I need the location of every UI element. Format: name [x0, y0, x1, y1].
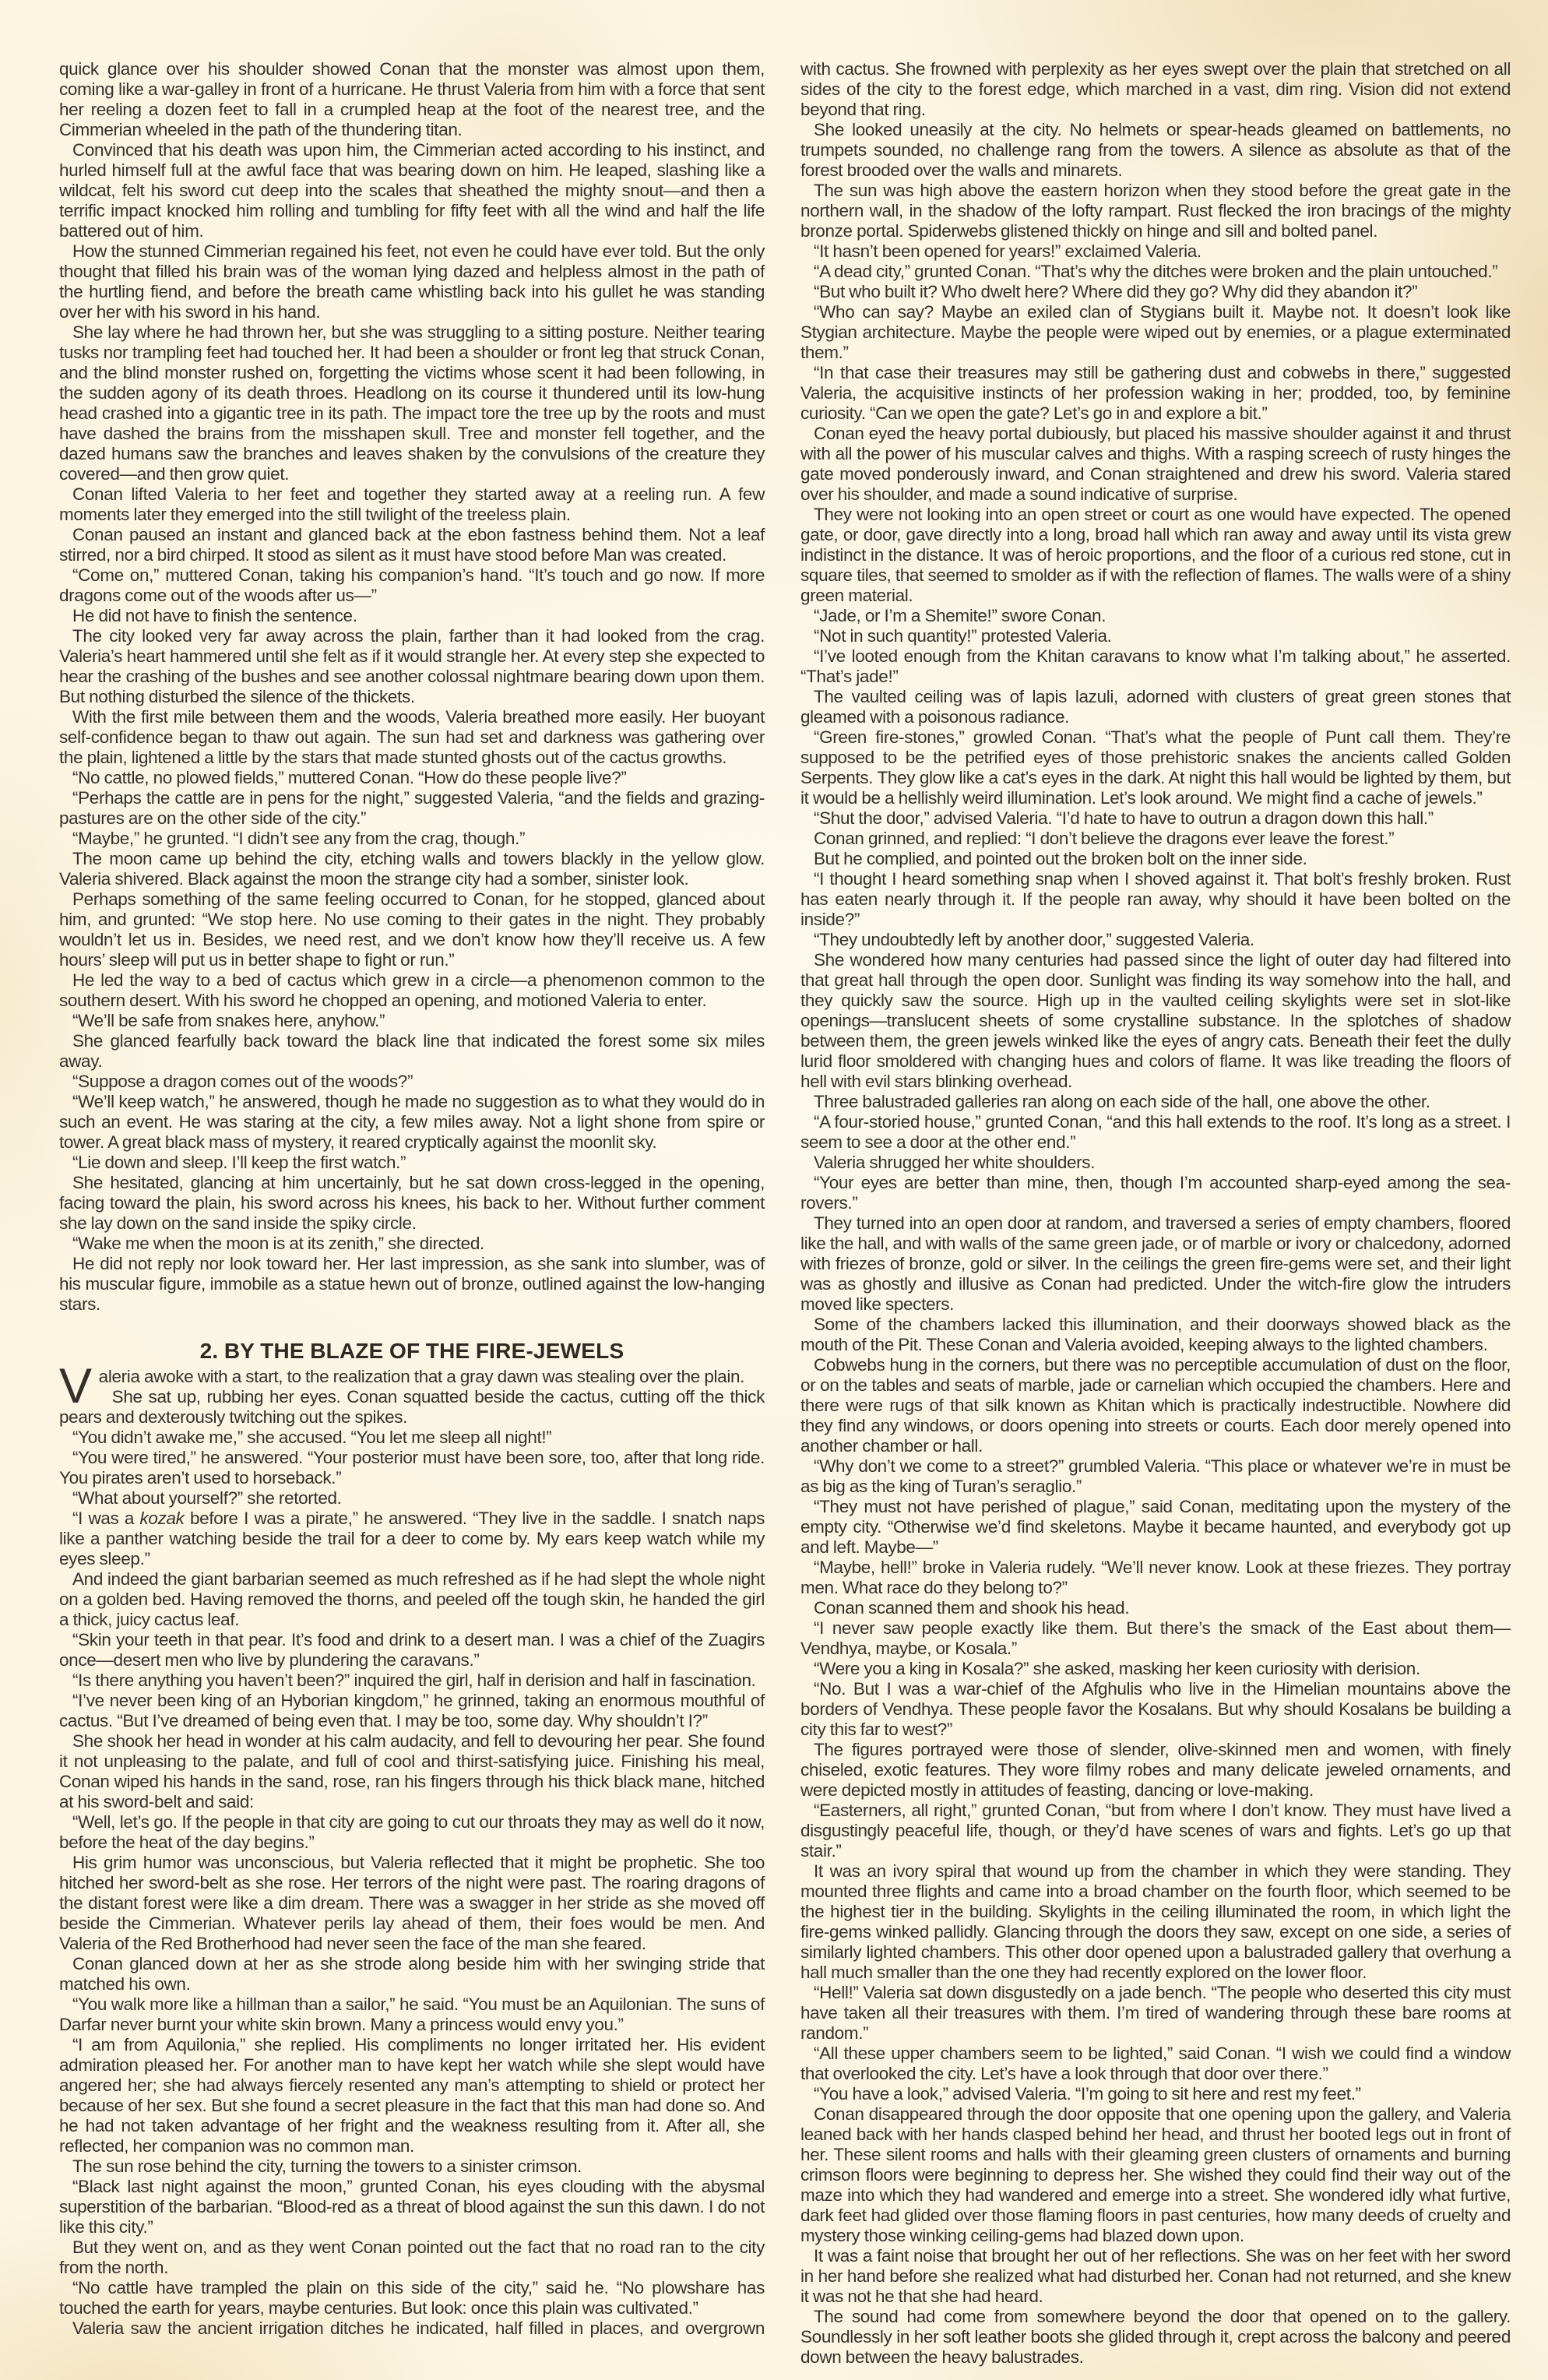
paragraph: It was an ivory spiral that wound up fro… — [800, 1861, 1511, 1983]
paragraph: with cactus. She frowned with perplexity… — [800, 59, 1511, 120]
paragraph: “Your eyes are better than mine, then, t… — [800, 1173, 1511, 1213]
paragraph: “Hell!” Valeria sat down disgustedly on … — [800, 1983, 1511, 2044]
paragraph: “Not in such quantity!” protested Valeri… — [800, 626, 1511, 646]
paragraph: But they went on, and as they went Conan… — [59, 2237, 765, 2278]
paragraph: Valeria saw the ancient irrigation ditch… — [59, 2318, 765, 2339]
paragraph: “Skin your teeth in that pear. It’s food… — [59, 1630, 765, 1671]
paragraph: “Wake me when the moon is at its zenith,… — [59, 1234, 765, 1254]
paragraph: “Why don’t we come to a street?” grumble… — [800, 1456, 1511, 1497]
paragraph: “Were you a king in Kosala?” she asked, … — [800, 1659, 1511, 1679]
paragraph: “You were tired,” he answered. “Your pos… — [59, 1448, 765, 1488]
paragraph: “Green fire-stones,” growled Conan. “Tha… — [800, 727, 1511, 808]
paragraph: It was a faint noise that brought her ou… — [800, 2246, 1511, 2307]
paragraph: She glanced fearfully back toward the bl… — [59, 1031, 765, 1072]
paragraph: “Easterners, all right,” grunted Conan, … — [800, 1801, 1511, 1861]
paragraph: Conan eyed the heavy portal dubiously, b… — [800, 424, 1511, 505]
paragraph: Three balustraded galleries ran along on… — [800, 1092, 1511, 1112]
paragraph: “I never saw people exactly like them. B… — [800, 1618, 1511, 1659]
paragraph: She shook her head in wonder at his calm… — [59, 1731, 765, 1812]
paragraph: Perhaps something of the same feeling oc… — [59, 889, 765, 970]
paragraph: “Maybe,” he grunted. “I didn’t see any f… — [59, 829, 765, 849]
paragraph: “No cattle, no plowed fields,” muttered … — [59, 768, 765, 788]
paragraph: “Jade, or I’m a Shemite!” swore Conan. — [800, 606, 1511, 626]
paragraph: But he complied, and pointed out the bro… — [800, 849, 1511, 869]
paragraph: “We’ll keep watch,” he answered, though … — [59, 1092, 765, 1153]
paragraph: He led the way to a bed of cactus which … — [59, 970, 765, 1011]
paragraph: “Maybe, hell!” broke in Valeria rudely. … — [800, 1558, 1511, 1598]
right-column: with cactus. She frowned with perplexity… — [800, 59, 1511, 2368]
paragraph: His grim humor was unconscious, but Vale… — [59, 1853, 765, 1954]
paragraph: “It hasn’t been opened for years!” excla… — [800, 241, 1511, 262]
paragraph: Convinced that his death was upon him, t… — [59, 140, 765, 241]
paragraph: The sun was high above the eastern horiz… — [800, 181, 1511, 241]
paragraph: “Is there anything you haven’t been?” in… — [59, 1671, 765, 1691]
paragraph: “I thought I heard something snap when I… — [800, 869, 1511, 930]
paragraph: “You walk more like a hillman than a sai… — [59, 1994, 765, 2035]
paragraph: She sat up, rubbing her eyes. Conan squa… — [59, 1387, 765, 1428]
paragraph: And indeed the giant barbarian seemed as… — [59, 1569, 765, 1630]
paragraph: “No cattle have trampled the plain on th… — [59, 2278, 765, 2318]
paragraph: They turned into an open door at random,… — [800, 1213, 1511, 1315]
paragraph: With the first mile between them and the… — [59, 707, 765, 768]
left-column: quick glance over his shoulder showed Co… — [59, 59, 765, 2339]
paragraph: “Perhaps the cattle are in pens for the … — [59, 788, 765, 829]
paragraph: “They undoubtedly left by another door,”… — [800, 930, 1511, 950]
paragraph: “I am from Aquilonia,” she replied. His … — [59, 2035, 765, 2156]
paragraph: “What about yourself?” she retorted. — [59, 1488, 765, 1509]
section-heading: 2. BY THE BLAZE OF THE FIRE-JEWELS — [59, 1341, 765, 1361]
paragraph: “Who can say? Maybe an exiled clan of St… — [800, 302, 1511, 363]
paragraph: “But who built it? Who dwelt here? Where… — [800, 282, 1511, 302]
drop-cap: V — [59, 1367, 99, 1405]
paragraph: Cobwebs hung in the corners, but there w… — [800, 1355, 1511, 1456]
paragraph: “Shut the door,” advised Valeria. “I’d h… — [800, 808, 1511, 829]
paragraph: He did not have to finish the sentence. — [59, 606, 765, 626]
paragraph: The vaulted ceiling was of lapis lazuli,… — [800, 687, 1511, 727]
paragraph: Conan disappeared through the door oppos… — [800, 2104, 1511, 2246]
paragraph: “Lie down and sleep. I’ll keep the first… — [59, 1153, 765, 1173]
paragraph: Conan glanced down at her as she strode … — [59, 1954, 765, 1994]
paragraph: “No. But I was a war-chief of the Afghul… — [800, 1679, 1511, 1740]
italic-term: kozak — [140, 1509, 185, 1528]
paragraph: “They must not have perished of plague,”… — [800, 1497, 1511, 1558]
paragraph: They were not looking into an open stree… — [800, 505, 1511, 606]
paragraph: “Come on,” muttered Conan, taking his co… — [59, 565, 765, 606]
paragraph: The city looked very far away across the… — [59, 626, 765, 707]
book-page: { "colors": { "paper": "#fbf5e2", "ink":… — [0, 0, 1548, 2380]
paragraph: The figures portrayed were those of slen… — [800, 1740, 1511, 1801]
paragraph: “You didn’t awake me,” she accused. “You… — [59, 1428, 765, 1448]
paragraph: Valeria shrugged her white shoulders. — [800, 1153, 1511, 1173]
paragraph: Valeria awoke with a start, to the reali… — [59, 1367, 765, 1387]
paragraph: How the stunned Cimmerian regained his f… — [59, 241, 765, 322]
paragraph: The sun rose behind the city, turning th… — [59, 2156, 765, 2177]
paragraph: She looked uneasily at the city. No helm… — [800, 120, 1511, 181]
paragraph: “All these upper chambers seem to be lig… — [800, 2044, 1511, 2084]
paragraph: “Suppose a dragon comes out of the woods… — [59, 1072, 765, 1092]
text-segment: “I was a — [72, 1509, 140, 1528]
paragraph: quick glance over his shoulder showed Co… — [59, 59, 765, 140]
paragraph: Conan lifted Valeria to her feet and tog… — [59, 484, 765, 525]
paragraph: “We’ll be safe from snakes here, anyhow.… — [59, 1011, 765, 1031]
paragraph: Some of the chambers lacked this illumin… — [800, 1315, 1511, 1355]
paragraph: “Black last night against the moon,” gru… — [59, 2177, 765, 2237]
paragraph: He did not reply nor look toward her. He… — [59, 1254, 765, 1315]
paragraph: She wondered how many centuries had pass… — [800, 950, 1511, 1092]
paragraph: “I was a kozak before I was a pirate,” h… — [59, 1509, 765, 1569]
paragraph: “A dead city,” grunted Conan. “That’s wh… — [800, 262, 1511, 282]
paragraph: Conan grinned, and replied: “I don’t bel… — [800, 829, 1511, 849]
paragraph: Conan paused an instant and glanced back… — [59, 525, 765, 565]
paragraph: “In that case their treasures may still … — [800, 363, 1511, 424]
paragraph: “Well, let’s go. If the people in that c… — [59, 1812, 765, 1853]
paragraph: “A four-storied house,” grunted Conan, “… — [800, 1112, 1511, 1153]
paragraph: She hesitated, glancing at him uncertain… — [59, 1173, 765, 1234]
paragraph: “You have a look,” advised Valeria. “I’m… — [800, 2084, 1511, 2104]
paragraph: The sound had come from somewhere beyond… — [800, 2307, 1511, 2368]
paragraph: “I’ve never been king of an Hyborian kin… — [59, 1691, 765, 1731]
paragraph: “I’ve looted enough from the Khitan cara… — [800, 646, 1511, 687]
paragraph: The moon came up behind the city, etchin… — [59, 849, 765, 889]
paragraph: Conan scanned them and shook his head. — [800, 1598, 1511, 1618]
paragraph: She lay where he had thrown her, but she… — [59, 322, 765, 484]
